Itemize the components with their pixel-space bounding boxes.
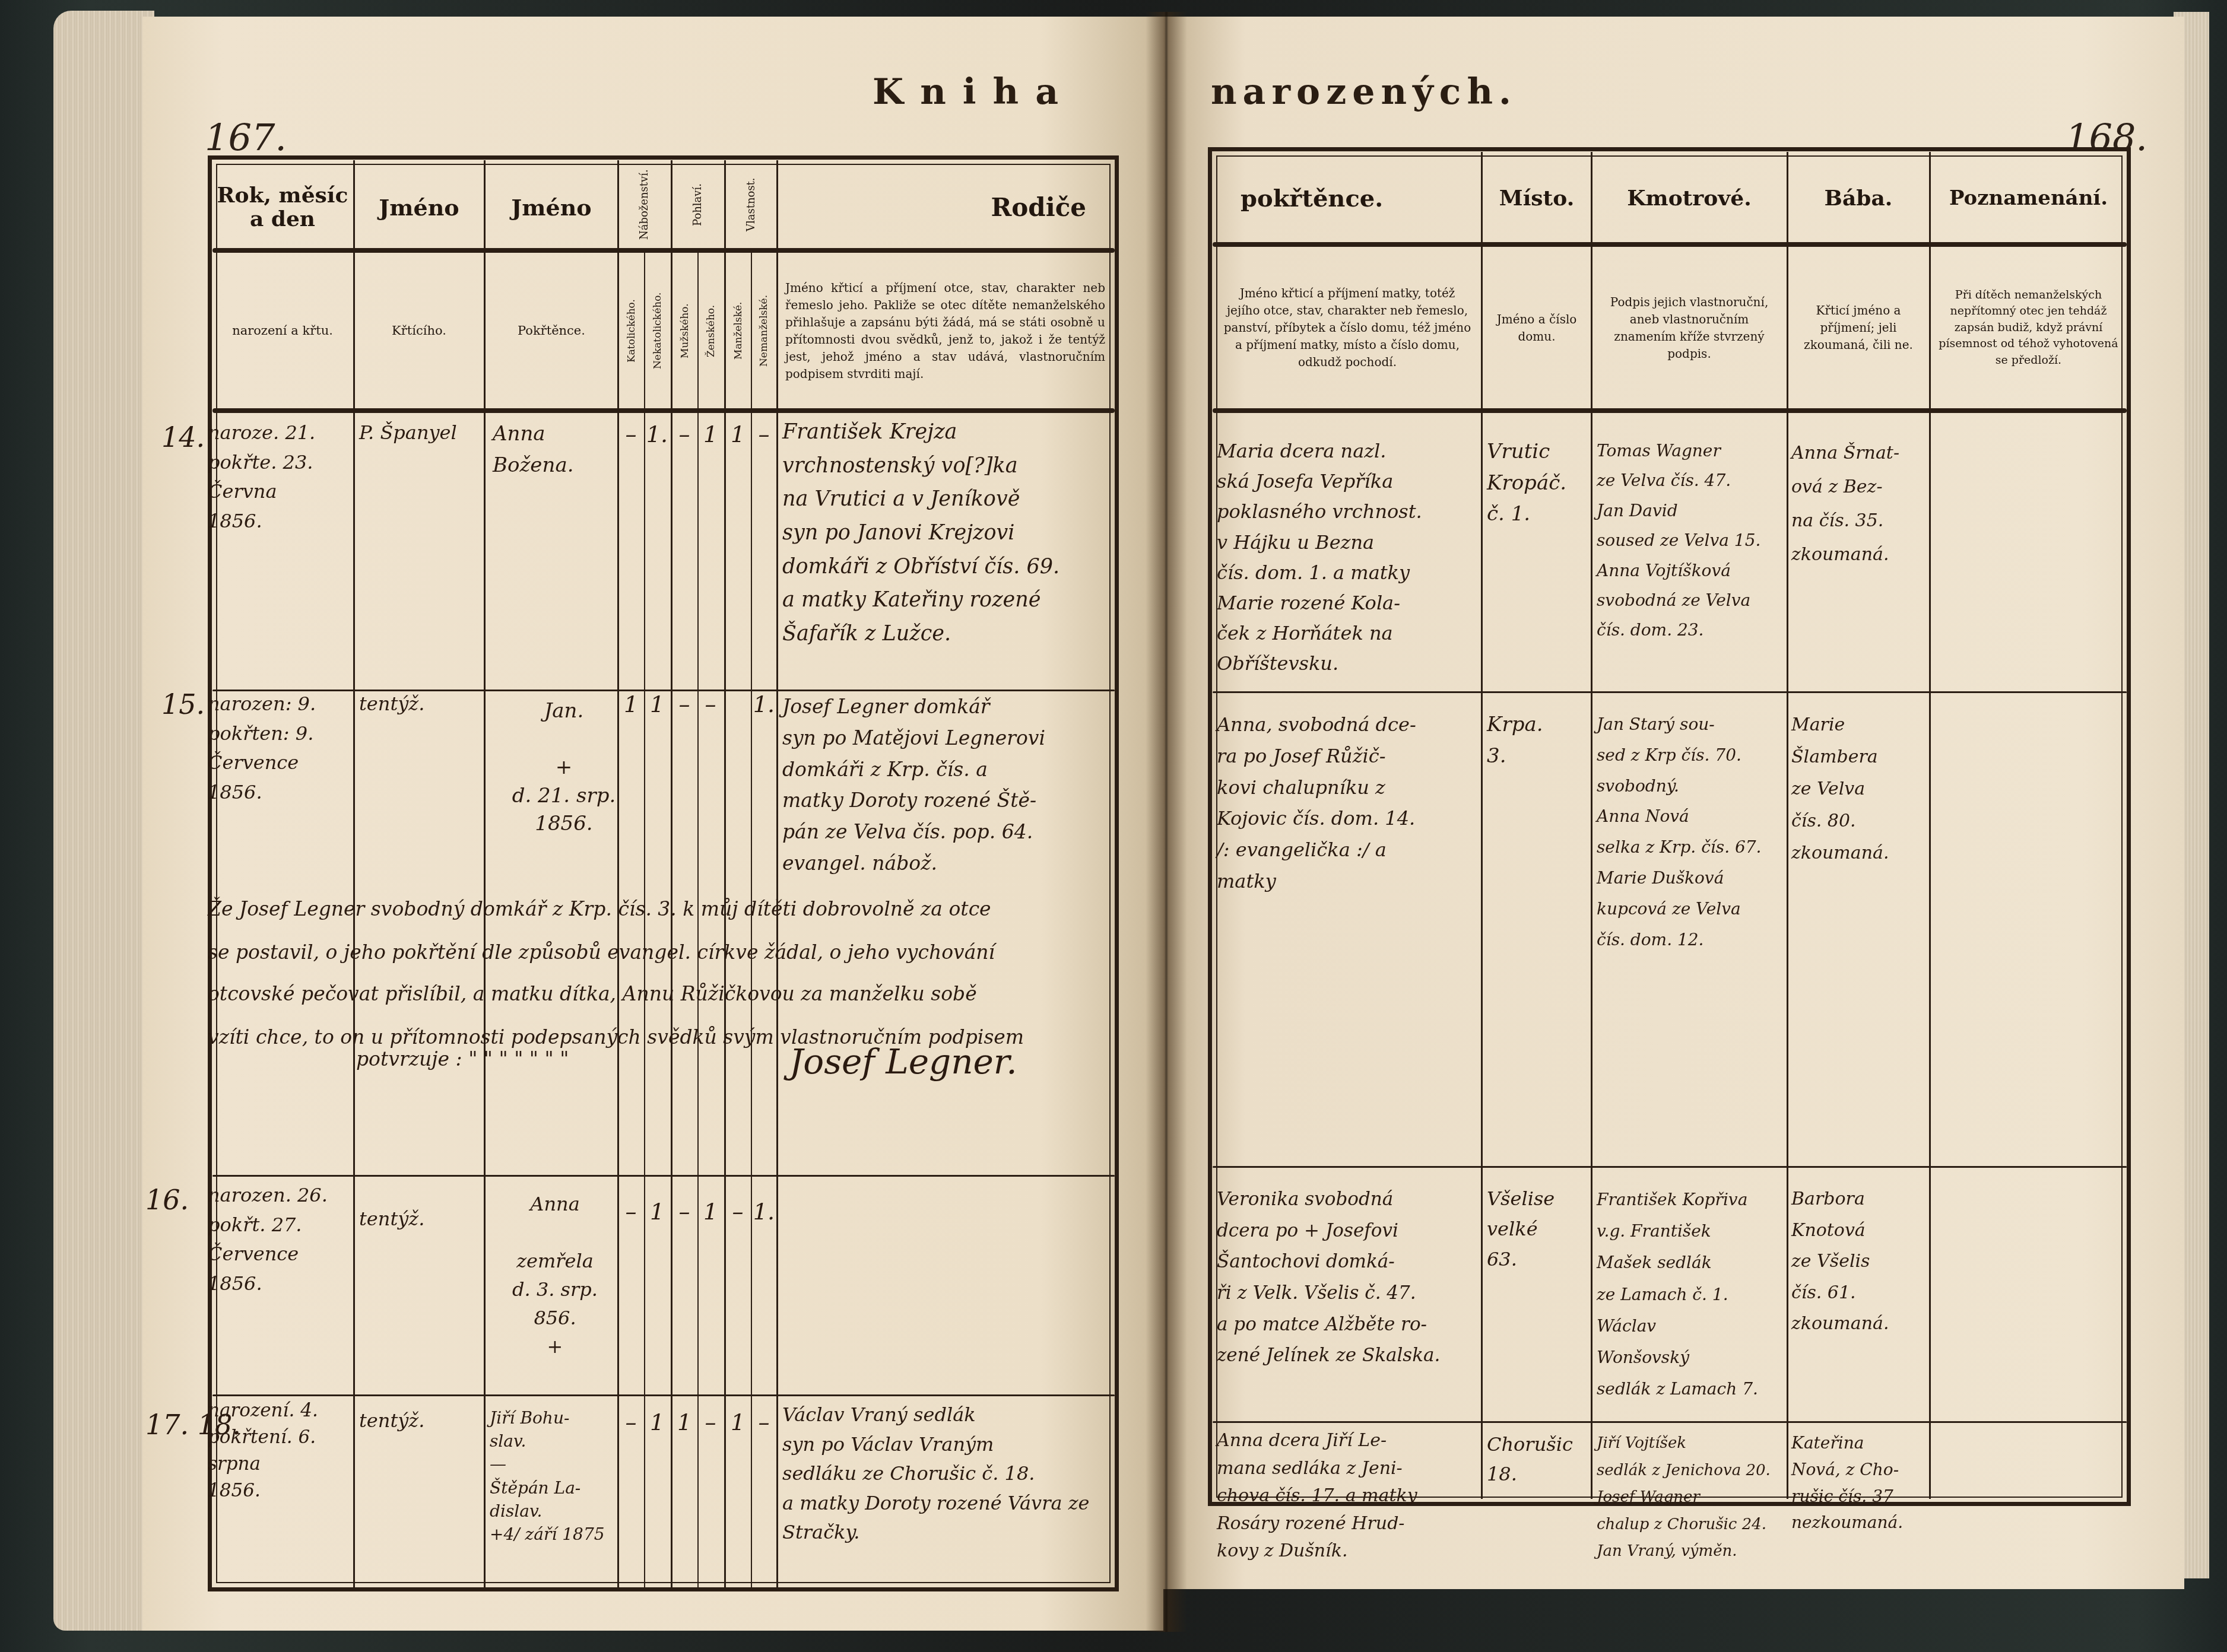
header-religion: Náboženství. [620, 163, 668, 246]
mark-illegitimate: 1. [752, 691, 776, 717]
subheader-noncatholic: Nekatolického. [645, 255, 670, 406]
header-remarks: Poznamenání. [1932, 157, 2125, 240]
legitimation-note-line: otcovské pečovat přislíbil, a matku dítk… [208, 982, 977, 1005]
mark-illegitimate: 1. [752, 1199, 776, 1225]
entry-godparents: Jiří Vojtíšek sedlák z Jenichova 20. Jos… [1597, 1430, 1787, 1565]
subheader-illegitimate: Nemanželské. [752, 255, 776, 406]
row-divider [212, 1175, 1115, 1177]
header-baptized: pokřtěnce. [1217, 157, 1478, 240]
subheader-male: Mužského. [672, 255, 697, 406]
mark-female: 1 [699, 421, 722, 447]
entry-father: Václav Vraný sedlák syn po Václav Vraným… [782, 1400, 1115, 1548]
mark-male: – [672, 1199, 696, 1225]
entry-number: 15. [161, 688, 205, 720]
entry-father: František Krejza vrchnostenský vo[?]ka n… [782, 415, 1115, 651]
row-divider [1213, 1421, 2127, 1423]
mark-catholic: – [619, 1199, 643, 1225]
header-place: Místo. [1484, 157, 1590, 240]
row-divider [1213, 1166, 2127, 1168]
mark-female: – [699, 691, 722, 717]
header-bottom-left [212, 408, 1115, 413]
header-divider-right [1213, 242, 2127, 247]
entry-child: Anna Božena. [493, 418, 617, 481]
row-divider [212, 1394, 1115, 1396]
legitimation-note-line: se postavil, o jeho pokřtění dle způsobů… [208, 941, 995, 964]
col-divider [1591, 152, 1592, 1499]
entry-midwife: Anna Šrnat- ová z Bez- na čís. 35. zkoum… [1791, 436, 1928, 571]
header-parents: Rodiče [783, 169, 1104, 246]
entry-place: Krpa. 3. [1487, 709, 1591, 771]
col-divider [1481, 152, 1483, 1499]
subheader-date: narození a křtu. [214, 255, 351, 406]
col-divider [353, 160, 355, 1587]
entry-mother: Anna, svobodná dce- ra po Josef Růžič- k… [1217, 709, 1478, 897]
book-title-left: Kniha [873, 71, 1075, 113]
header-sex: Pohlaví. [674, 163, 721, 246]
header-godparents: Kmotrové. [1594, 157, 1785, 240]
col-divider [776, 160, 778, 1587]
header-divider-left [212, 248, 1115, 253]
subheader-child: Pokřtěnce. [487, 255, 616, 406]
subheader-legitimate: Manželské. [726, 255, 751, 406]
father-signature: Josef Legner. [789, 1041, 1017, 1082]
entry-date: narozen. 26. pokřt. 27. Července 1856. [208, 1181, 350, 1298]
entry-godparents: František Kopřiva v.g. František Mašek s… [1597, 1184, 1787, 1405]
page-number-left: 167. [205, 116, 287, 159]
mark-illegitimate: – [752, 421, 776, 447]
header-legitimacy: Vlastnost. [727, 163, 775, 246]
entry-date: narozen: 9. pokřten: 9. Července 1856. [208, 690, 350, 807]
mark-illegitimate: – [752, 1409, 776, 1435]
mark-female: – [699, 1409, 722, 1435]
entry-midwife: Barbora Knotová ze Všelis čís. 61. zkoum… [1791, 1184, 1928, 1340]
entry-place: Všelise velké 63. [1487, 1184, 1591, 1275]
subheader-baptizer: Křtícího. [356, 255, 482, 406]
row-divider [1213, 691, 2127, 693]
mark-noncatholic: 1 [645, 691, 669, 717]
entry-child: Anna zemřela d. 3. srp. 856. + [493, 1190, 617, 1361]
header-baptizer-name: Jméno [356, 169, 482, 246]
subheader-mother: Jméno křticí a příjmení matky, totéž jej… [1217, 249, 1478, 406]
col-divider [1929, 152, 1931, 1499]
subheader-female: Ženského. [699, 255, 724, 406]
subheader-catholic: Katolického. [619, 255, 644, 406]
entry-baptizer: tentýž. [359, 1406, 484, 1436]
entry-mother: Maria dcera nazl. ská Josefa Vepříka pok… [1217, 436, 1478, 679]
entry-godparents: Tomas Wagner ze Velva čís. 47. Jan David… [1597, 436, 1787, 646]
legitimation-note-line: potvrzuje : " " " " " " " [356, 1047, 569, 1070]
entry-baptizer: P. Španyel [359, 418, 484, 448]
header-date: Rok, měsíc a den [214, 169, 351, 246]
entry-father: Josef Legner domkář syn po Matějovi Legn… [782, 691, 1115, 879]
mark-legitimate: – [726, 1199, 750, 1225]
subheader-parents: Jméno křticí a příjmení otce, stav, char… [781, 255, 1110, 406]
entry-date: narození. 4. pokřtení. 6. srpna 1856. [208, 1397, 350, 1504]
book-gutter [1146, 12, 1187, 1632]
mark-legitimate: 1 [726, 1409, 750, 1435]
header-bottom-right [1213, 408, 2127, 413]
mark-male: – [672, 691, 696, 717]
mark-female: 1 [699, 1199, 722, 1225]
entry-number: 14. [161, 421, 205, 453]
entry-place: Vrutic Kropáč. č. 1. [1487, 436, 1591, 530]
header-midwife: Bába. [1790, 157, 1927, 240]
legitimation-note-line: Že Josef Legner svobodný domkář z Krp. č… [208, 897, 991, 920]
mark-noncatholic: 1 [645, 1409, 669, 1435]
mark-catholic: 1 [619, 691, 643, 717]
mark-catholic: – [619, 421, 643, 447]
entry-baptizer: tentýž. [359, 690, 484, 719]
entry-midwife: Marie Šlambera ze Velva čís. 80. zkouman… [1791, 709, 1928, 869]
entry-place: Chorušic 18. [1487, 1430, 1591, 1489]
mark-catholic: – [619, 1409, 643, 1435]
page-edges-left [53, 11, 154, 1631]
mark-noncatholic: 1 [645, 1199, 669, 1225]
subheader-place: Jméno a číslo domu. [1484, 249, 1590, 406]
entry-godparents: Jan Starý sou- sed z Krp čís. 70. svobod… [1597, 709, 1787, 955]
entry-child: Jan. + d. 21. srp. 1856. [510, 697, 617, 838]
mark-noncatholic: 1. [645, 421, 669, 447]
subheader-remarks: Při dítěch nemanželských nepřítomný otec… [1932, 249, 2125, 406]
entry-date: naroze. 21. pokřte. 23. Června 1856. [208, 418, 350, 536]
mark-legitimate: 1 [726, 421, 750, 447]
subheader-midwife: Křticí jméno a příjmení; jeli zkoumaná, … [1790, 249, 1927, 406]
entry-number: 16. [145, 1184, 189, 1216]
mark-male: 1 [672, 1409, 696, 1435]
entry-child: Jiří Bohu- slav. — Štěpán La- dislav. +4… [490, 1406, 617, 1546]
entry-mother: Anna dcera Jiří Le- mana sedláka z Jeni-… [1217, 1427, 1478, 1565]
entry-baptizer: tentýž. [359, 1205, 484, 1234]
entry-mother: Veronika svobodná dcera po + Josefovi Ša… [1217, 1184, 1478, 1371]
col-divider [484, 160, 486, 1587]
mark-male: – [672, 421, 696, 447]
header-child-name: Jméno [487, 169, 616, 246]
book-title-right: narozených. [1211, 71, 1517, 113]
subheader-godparents: Podpis jejich vlastnoruční, aneb vlastno… [1594, 249, 1785, 406]
col-divider [1787, 152, 1788, 1499]
entry-midwife: Kateřina Nová, z Cho- rušic čís. 37 nezk… [1791, 1430, 1928, 1536]
